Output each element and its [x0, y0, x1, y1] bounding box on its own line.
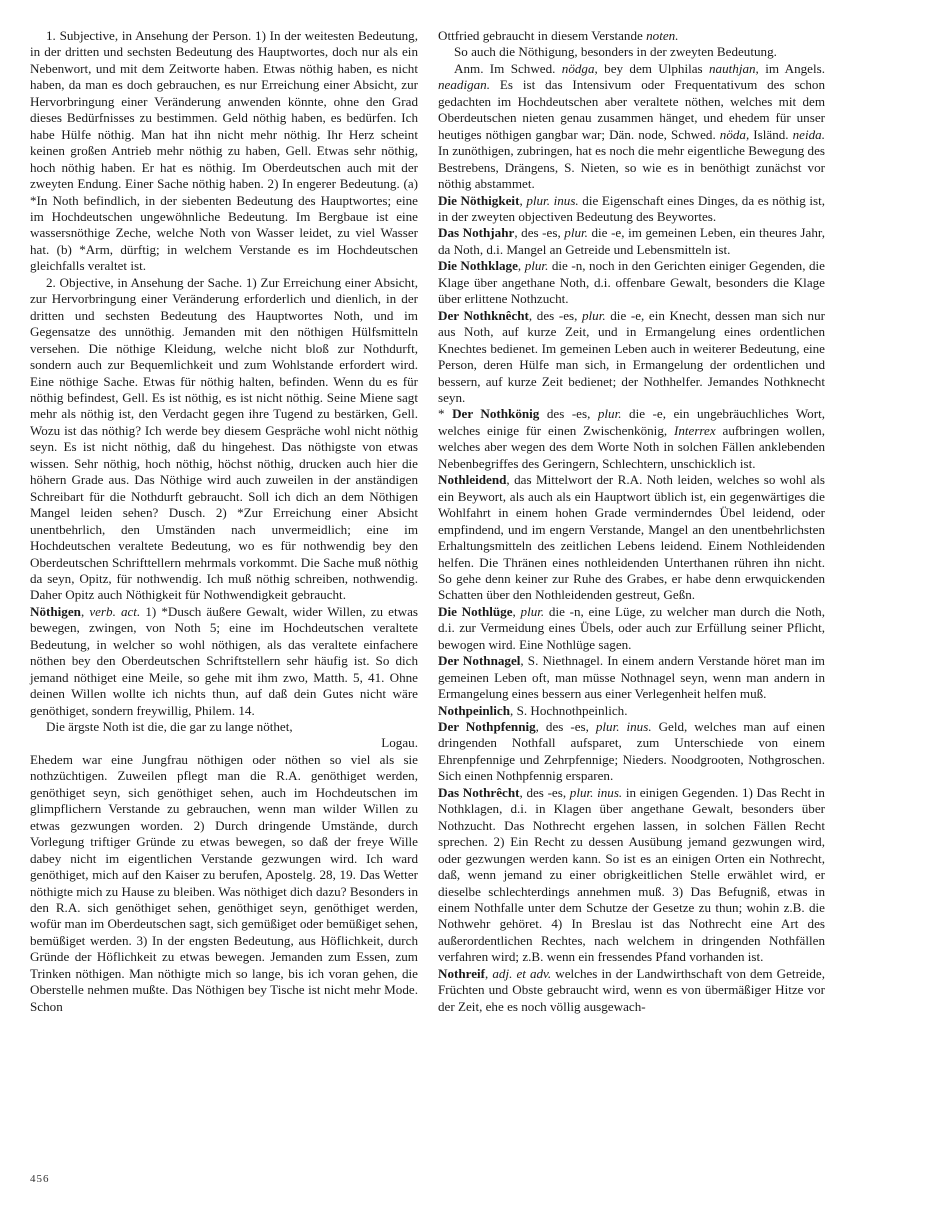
- paragraph: Nothpeinlich, S. Hochnothpeinlich.: [438, 703, 825, 719]
- body-text: bey dem Ulphilas: [598, 61, 709, 76]
- body-text: Ottfried gebraucht in diesem Verstande: [438, 28, 646, 43]
- paragraph: Der Nothnagel, S. Niethnagel. In einem a…: [438, 653, 825, 702]
- body-text: 1) *Dusch äußere Gewalt, wider Willen, z…: [30, 604, 418, 718]
- body-text: Ehedem war eine Jungfrau nöthigen oder n…: [30, 752, 418, 1014]
- italic-term: plur.: [521, 604, 545, 619]
- paragraph: Die Nothklage, plur. die -n, noch in den…: [438, 258, 825, 307]
- italic-term: plur. inus.: [570, 785, 622, 800]
- paragraph: Nöthigen, verb. act. 1) *Dusch äußere Ge…: [30, 604, 418, 719]
- paragraph: Das Nothrêcht, des -es, plur. inus. in e…: [438, 785, 825, 966]
- paragraph: Die Nöthigkeit, plur. inus. die Eigensch…: [438, 193, 825, 226]
- body-text: , des -es,: [529, 308, 582, 323]
- paragraph: 2. Objective, in Ansehung der Sache. 1) …: [30, 275, 418, 604]
- body-text: ,: [513, 604, 521, 619]
- entry-headword: Nothleidend: [438, 472, 506, 487]
- italic-term: neadigan.: [438, 77, 490, 92]
- entry-headword: Nöthigen: [30, 604, 81, 619]
- body-text: , des -es,: [520, 785, 570, 800]
- entry-headword: Der Nothpfennig: [438, 719, 536, 734]
- italic-term: plur.: [564, 225, 588, 240]
- entry-headword: Nothreif: [438, 966, 485, 981]
- body-text: Anm. Im Schwed.: [454, 61, 562, 76]
- paragraph: Die ärgste Noth ist die, die gar zu lang…: [30, 719, 418, 735]
- paragraph: Nothleidend, das Mittelwort der R.A. Not…: [438, 472, 825, 604]
- body-text: ,: [518, 258, 525, 273]
- paragraph: 1. Subjective, in Ansehung der Person. 1…: [30, 28, 418, 275]
- paragraph: Das Nothjahr, des -es, plur. die -e, im …: [438, 225, 825, 258]
- paragraph: Anm. Im Schwed. nödga, bey dem Ulphilas …: [438, 61, 825, 193]
- entry-headword: Der Nothkönig: [452, 406, 539, 421]
- italic-term: plur. inus.: [596, 719, 652, 734]
- italic-term: plur.: [598, 406, 622, 421]
- entry-headword: Der Nothknêcht: [438, 308, 529, 323]
- entry-headword: Nothpeinlich: [438, 703, 510, 718]
- italic-term: plur.: [525, 258, 549, 273]
- body-text: 1. Subjective, in Ansehung der Person. 1…: [30, 28, 418, 273]
- paragraph: Ehedem war eine Jungfrau nöthigen oder n…: [30, 752, 418, 1015]
- italic-term: adj. et adv.: [492, 966, 551, 981]
- entry-headword: Das Nothjahr: [438, 225, 514, 240]
- left-column: 1. Subjective, in Ansehung der Person. 1…: [30, 28, 418, 1015]
- body-text: *: [438, 406, 452, 421]
- body-text: 2. Objective, in Ansehung der Sache. 1) …: [30, 275, 418, 603]
- right-column: Ottfried gebraucht in diesem Verstande n…: [438, 28, 825, 1015]
- italic-term: plur.: [582, 308, 606, 323]
- body-text: im Angels.: [759, 61, 825, 76]
- body-text: So auch die Nöthigung, besonders in der …: [454, 44, 777, 59]
- paragraph: Ottfried gebraucht in diesem Verstande n…: [438, 28, 825, 44]
- paragraph: * Der Nothkönig des -es, plur. die -e, e…: [438, 406, 825, 472]
- body-text: , des -es,: [514, 225, 564, 240]
- paragraph: Der Nothpfennig, des -es, plur. inus. Ge…: [438, 719, 825, 785]
- body-text: des -es,: [539, 406, 598, 421]
- entry-headword: Die Nothlüge: [438, 604, 513, 619]
- italic-term: nöda,: [720, 127, 749, 142]
- body-text: In zunöthigen, zubringen, hat es noch di…: [438, 143, 825, 191]
- italic-term: noten.: [646, 28, 678, 43]
- italic-term: verb. act.: [89, 604, 140, 619]
- body-text: Isländ.: [749, 127, 792, 142]
- body-text: Logau.: [381, 735, 418, 750]
- entry-headword: Die Nothklage: [438, 258, 518, 273]
- body-text: in einigen Gegenden. 1) Das Recht in Not…: [438, 785, 825, 965]
- italic-term: nauthjan,: [709, 61, 759, 76]
- paragraph: Die Nothlüge, plur. die -n, eine Lüge, z…: [438, 604, 825, 653]
- body-text: , des -es,: [536, 719, 596, 734]
- entry-headword: Der Nothnagel: [438, 653, 520, 668]
- italic-term: neida.: [793, 127, 825, 142]
- paragraph: Logau.: [30, 735, 418, 751]
- page-number: 456: [30, 1173, 50, 1185]
- paragraph: Der Nothknêcht, des -es, plur. die -e, e…: [438, 308, 825, 407]
- body-text: , das Mittelwort der R.A. Noth leiden, w…: [438, 472, 825, 602]
- body-text: , S. Hochnothpeinlich.: [510, 703, 627, 718]
- paragraph: So auch die Nöthigung, besonders in der …: [438, 44, 825, 60]
- italic-term: nödga,: [562, 61, 598, 76]
- italic-term: plur. inus.: [526, 193, 578, 208]
- body-text: Die ärgste Noth ist die, die gar zu lang…: [46, 719, 293, 734]
- paragraph: Nothreif, adj. et adv. welches in der La…: [438, 966, 825, 1015]
- italic-term: Interrex: [674, 423, 716, 438]
- entry-headword: Die Nöthigkeit: [438, 193, 519, 208]
- entry-headword: Das Nothrêcht: [438, 785, 520, 800]
